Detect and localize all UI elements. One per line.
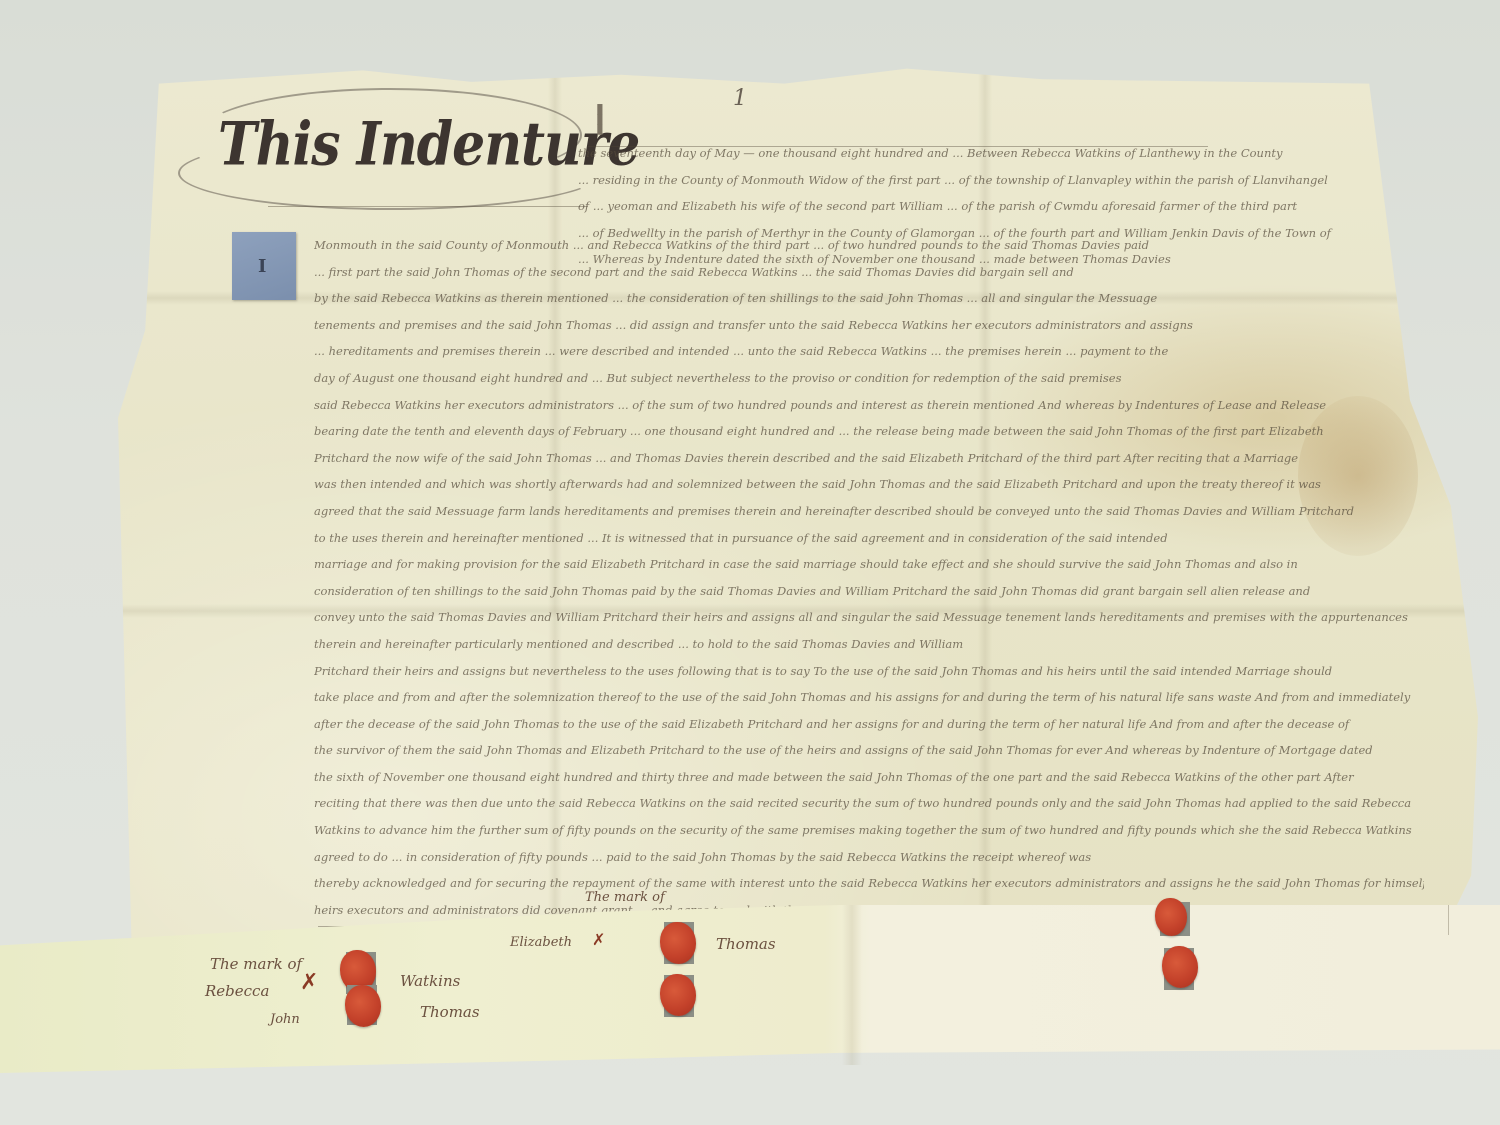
signature-prefix: The mark of	[210, 955, 302, 973]
text-line: the seventeenth day of May — one thousan…	[578, 140, 1418, 167]
document-title: This Indenture	[218, 109, 639, 179]
text-line: by the said Rebecca Watkins as therein m…	[314, 285, 1424, 312]
text-line: was then intended and which was shortly …	[314, 471, 1424, 498]
text-line: take place and from and after the solemn…	[314, 684, 1424, 711]
wax-seal	[660, 974, 696, 1016]
text-line: the sixth of November one thousand eight…	[314, 764, 1424, 791]
text-line: tenements and premises and the said John…	[314, 312, 1424, 339]
wax-seal	[660, 922, 696, 964]
text-line: to the uses therein and hereinafter ment…	[314, 525, 1424, 552]
deed-text-left-margin	[178, 626, 318, 866]
wax-seal	[345, 985, 381, 1027]
wax-seal	[1155, 898, 1187, 936]
signature-mark-cross: ✗	[592, 930, 605, 949]
text-line: therein and hereinafter particularly men…	[314, 631, 1424, 658]
text-line: thereby acknowledged and for securing th…	[314, 870, 1424, 897]
signature-last-name: Thomas	[420, 1003, 480, 1021]
tax-stamp: I	[232, 232, 296, 300]
text-line: ... hereditaments and premises therein .…	[314, 338, 1424, 365]
deed-text-body: Monmouth in the said County of Monmouth …	[314, 232, 1424, 932]
text-line: agreed to do ... in consideration of fif…	[314, 844, 1424, 871]
text-line: said Rebecca Watkins her executors admin…	[314, 392, 1424, 419]
text-line: Watkins to advance him the further sum o…	[314, 817, 1424, 844]
text-line: consideration of ten shillings to the sa…	[314, 578, 1424, 605]
text-line: of ... yeoman and Elizabeth his wife of …	[578, 193, 1418, 220]
text-line: ... first part the said John Thomas of t…	[314, 259, 1424, 286]
stamp-glyph: I	[258, 256, 266, 277]
signature-last-name: Watkins	[400, 972, 460, 990]
ruled-line	[268, 206, 588, 207]
margin-mark: ▮▮▮	[596, 104, 610, 134]
signature-first-name: Rebecca	[205, 982, 269, 1000]
text-line: bearing date the tenth and eleventh days…	[314, 418, 1424, 445]
text-line: reciting that there was then due unto th…	[314, 790, 1424, 817]
signature-last-name: Thomas	[716, 935, 776, 953]
text-line: ... residing in the County of Monmouth W…	[578, 167, 1418, 194]
text-line: marriage and for making provision for th…	[314, 551, 1424, 578]
strip-crease	[842, 905, 862, 1065]
text-line: Pritchard the now wife of the said John …	[314, 445, 1424, 472]
witness-heading: The mark of	[585, 890, 665, 905]
photo-scene: This Indenture ▮▮▮ 1 I the seventeenth d…	[0, 0, 1500, 1125]
text-line: convey unto the said Thomas Davies and W…	[314, 604, 1424, 631]
text-line: agreed that the said Messuage farm lands…	[314, 498, 1424, 525]
indenture-parchment: This Indenture ▮▮▮ 1 I the seventeenth d…	[118, 66, 1478, 946]
strip-mark	[1448, 905, 1449, 935]
text-line: day of August one thousand eight hundred…	[314, 365, 1424, 392]
text-line: Pritchard their heirs and assigns but ne…	[314, 658, 1424, 685]
text-line: after the decease of the said John Thoma…	[314, 711, 1424, 738]
folio-number: 1	[733, 86, 747, 111]
signature-first-name: John	[270, 1012, 300, 1027]
text-line: Monmouth in the said County of Monmouth …	[314, 232, 1424, 259]
signature-first-name: Elizabeth	[510, 935, 572, 950]
text-line: the survivor of them the said John Thoma…	[314, 737, 1424, 764]
signature-mark-cross: ✗	[300, 970, 318, 995]
wax-seal	[1162, 946, 1198, 988]
